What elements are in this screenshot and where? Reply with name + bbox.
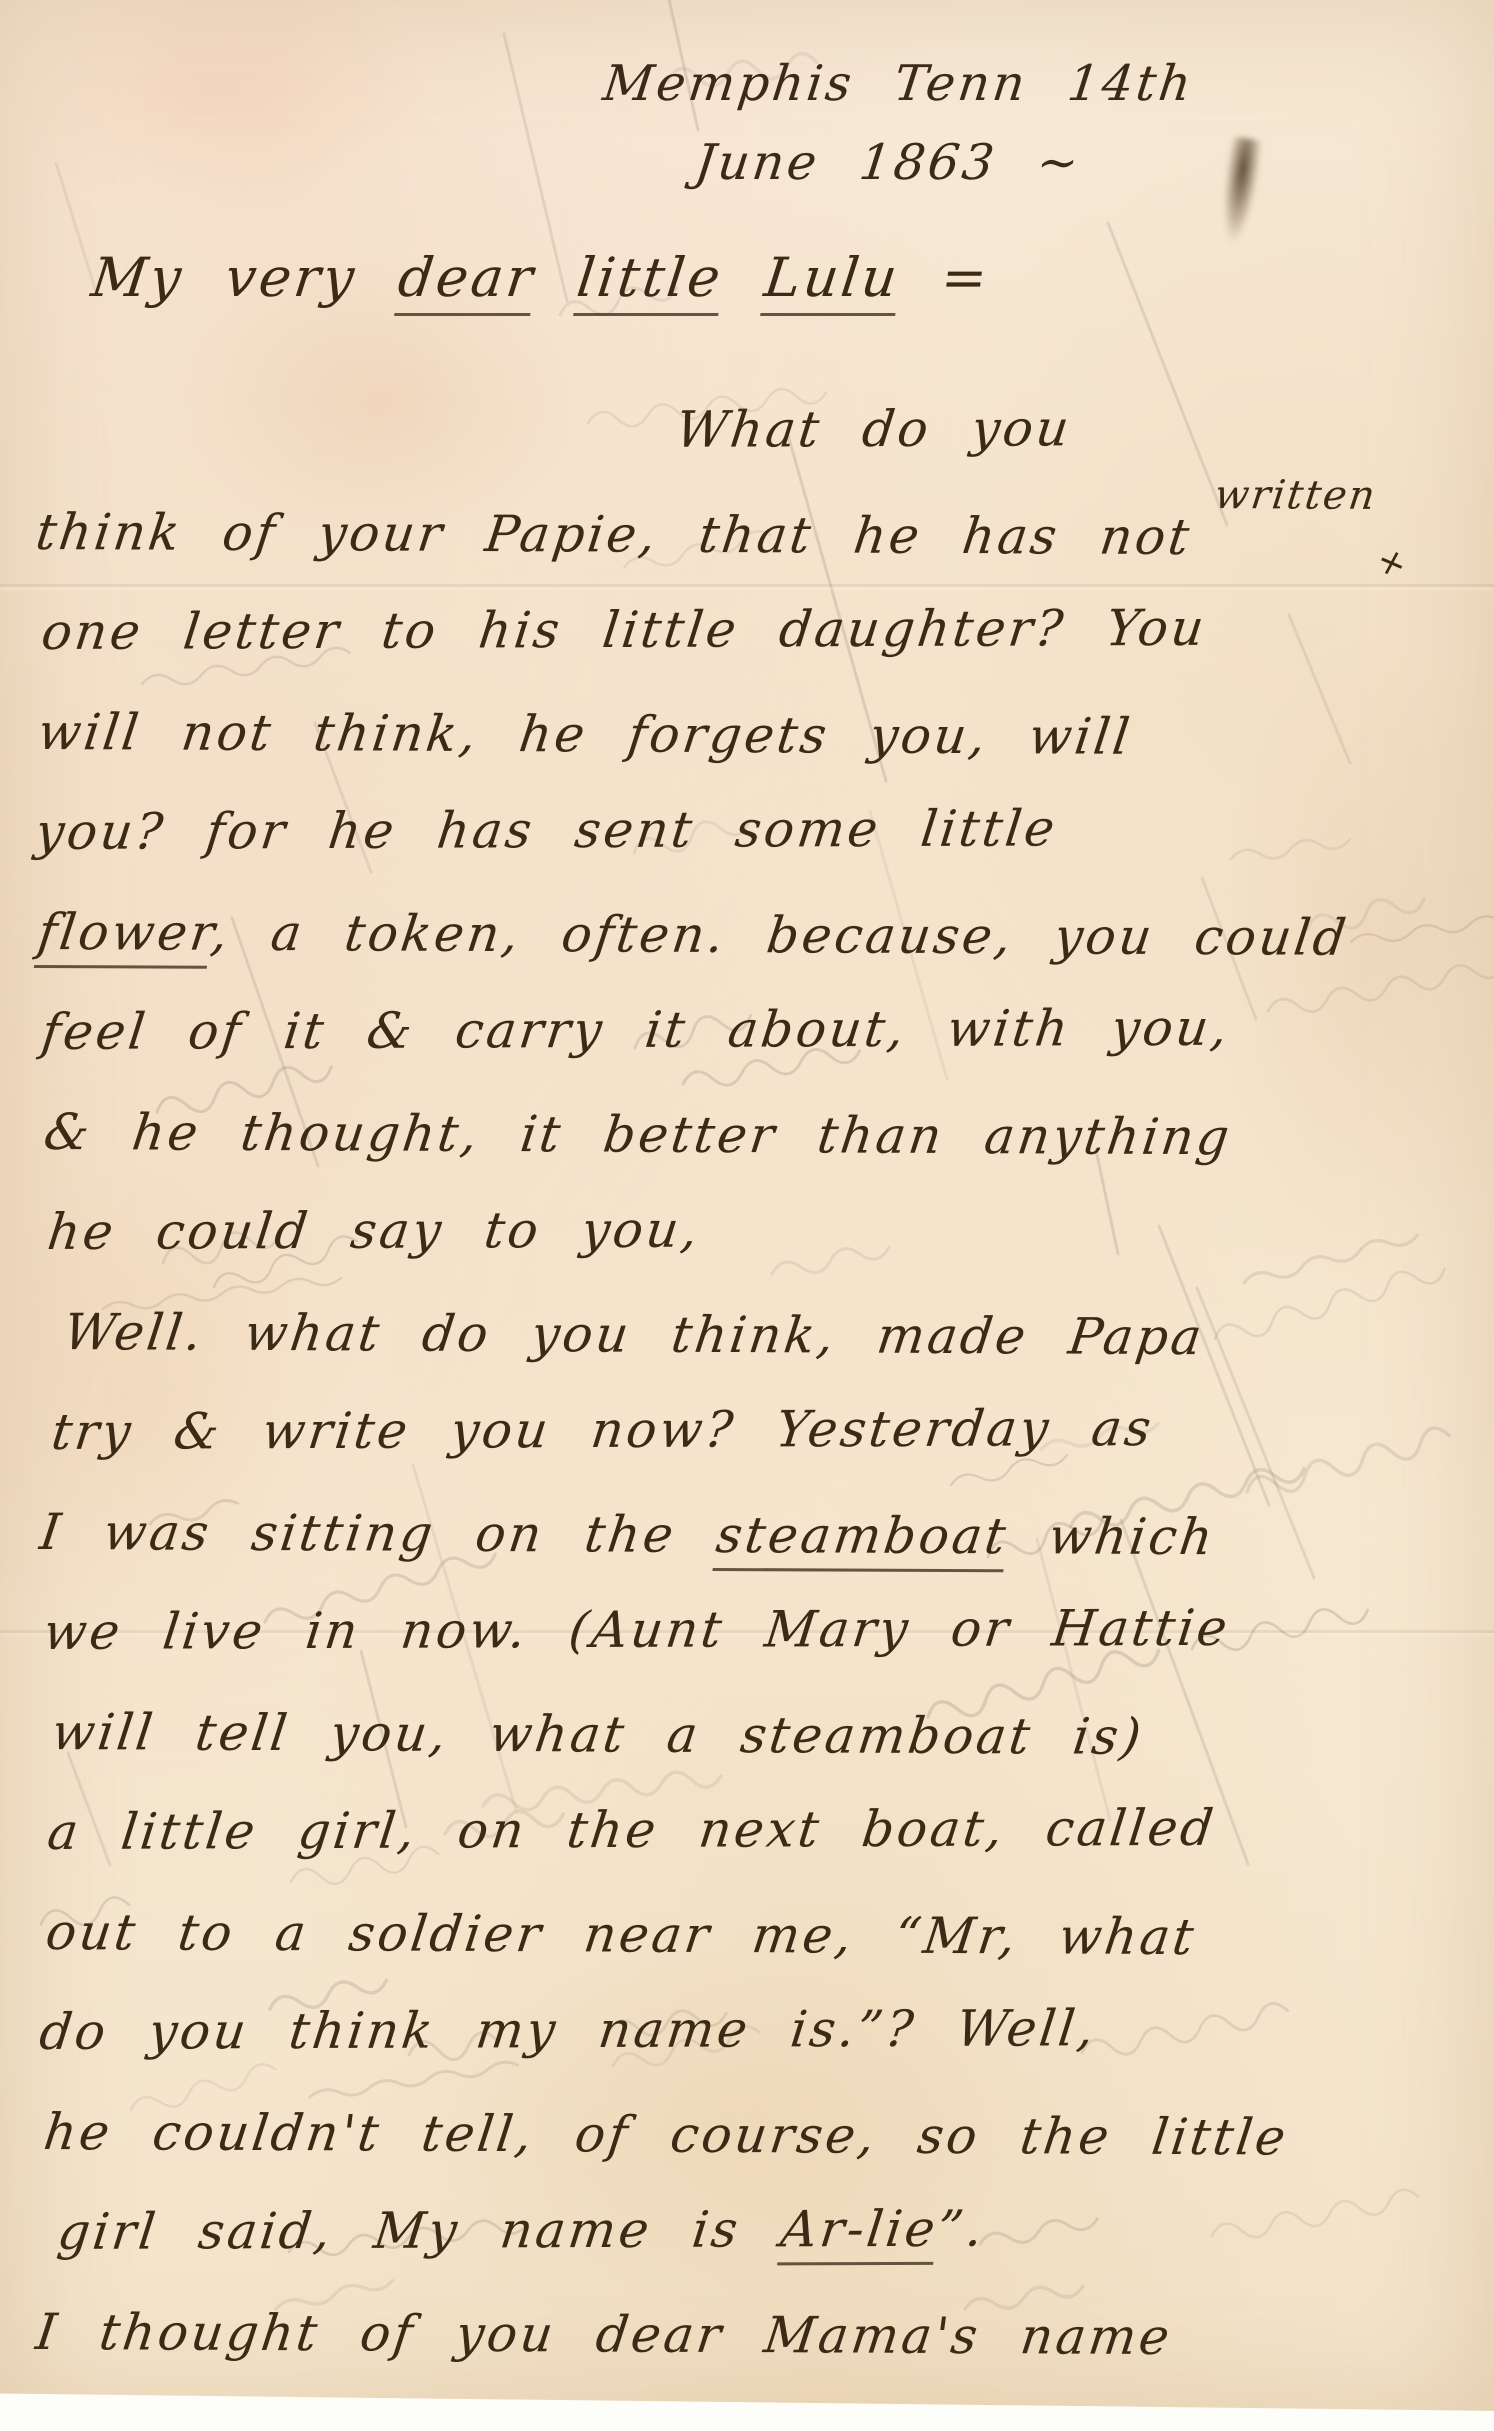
underlined-word: steamboat [712,1506,1012,1572]
letter-line: he couldn't tell, of course, so the litt… [30,2082,1494,2188]
underlined-word: dear [394,246,539,316]
letter-text: girl said, My name is [55,2200,785,2261]
letter-text: What do you [673,399,1075,458]
letter-text: will not think, he forgets you, will [35,703,1136,766]
underlined-word: little [573,246,727,316]
letter-text: & he thought, it better than anything [41,1103,1236,1166]
letter-text: Well. what do you think, made Papa [61,1303,1208,1366]
letter-text: will tell you, what a steamboat is) [49,1703,1147,1766]
letter-text: a little girl, on the next boat, called [45,1799,1220,1861]
letter-line: do you think my name is.”? Well, [30,1977,1494,2082]
ink-blot [1217,136,1263,243]
letter-line: will not think, he forgets you, will [30,682,1494,788]
letter-text: out to a soldier near me, “Mr, what [43,1903,1200,1966]
letter-text: he could say to you, [45,1201,704,1261]
letter-line: out to a soldier near me, “Mr, what [30,1882,1494,1988]
letter-line: What do you [30,377,1494,482]
letter-line: Well. what do you think, made Papa [30,1282,1494,1388]
salutation-line: My very dear little Lulu = [88,246,994,309]
scan-bottom-edge [0,2383,1494,2431]
letter-line: & he thought, it better than anything [30,1082,1494,1188]
letter-text [531,246,581,309]
letter-text: = [896,246,994,309]
letter-line: will tell you, what a steamboat is) [30,1682,1494,1788]
letter-text: try & write you now? Yesterday as [49,1399,1157,1461]
letter-text: think of your Papie, that he has not [33,503,1196,566]
letter-text: one letter to his little daughter? You [39,599,1210,661]
letter-text: we live in now. (Aunt Mary or Hattie [41,1599,1234,1661]
letter-line: he could say to you, [30,1177,1494,1282]
inserted-word: written [1212,472,1379,519]
underlined-word: flower [34,903,216,969]
underlined-word: Lulu [760,246,903,316]
letter-line: you? for he has sent some little [30,777,1494,882]
dateline-month-year: June 1863 ~ [692,134,1085,191]
letter-line: a little girl, on the next boat, called [30,1777,1494,1882]
letter-line: girl said, My name is Ar-lie”. [30,2177,1494,2282]
letter-line: think of your Papie, that he has notwrit… [30,482,1494,588]
letter-text: which [1004,1507,1218,1566]
letter-text: you? for he has sent some little [33,799,1061,861]
letter-line: I thought of you dear Mama's name [30,2282,1494,2388]
letter-text: ”. [934,2200,988,2258]
letter-text: I was sitting on the [37,1503,721,1564]
letter-text: feel of it & carry it about, with you, [39,999,1234,1061]
letter-page: Memphis Tenn 14th June 1863 ~ My very de… [0,0,1494,2431]
letter-text: , a token, often. because, you could [208,904,1352,967]
letter-text: I thought of you dear Mama's name [33,2303,1176,2366]
paper-stain [0,0,470,230]
letter-text: My very [88,246,403,309]
letter-line: try & write you now? Yesterday as [30,1377,1494,1482]
dateline-place-day: Memphis Tenn 14th [600,55,1197,112]
letter-text: he couldn't tell, of course, so the litt… [41,2103,1292,2166]
underlined-word: Ar-lie [777,2200,941,2266]
letter-body: What do youthink of your Papie, that he … [30,382,1494,2382]
letter-text: do you think my name is.”? Well, [37,1999,1101,2061]
letter-line: feel of it & carry it about, with you, [30,977,1494,1082]
letter-line: I was sitting on the steamboat which [30,1482,1494,1588]
letter-line: we live in now. (Aunt Mary or Hattie [30,1577,1494,1682]
letter-line: one letter to his little daughter? You [30,577,1494,682]
letter-line: flower, a token, often. because, you cou… [30,882,1494,988]
